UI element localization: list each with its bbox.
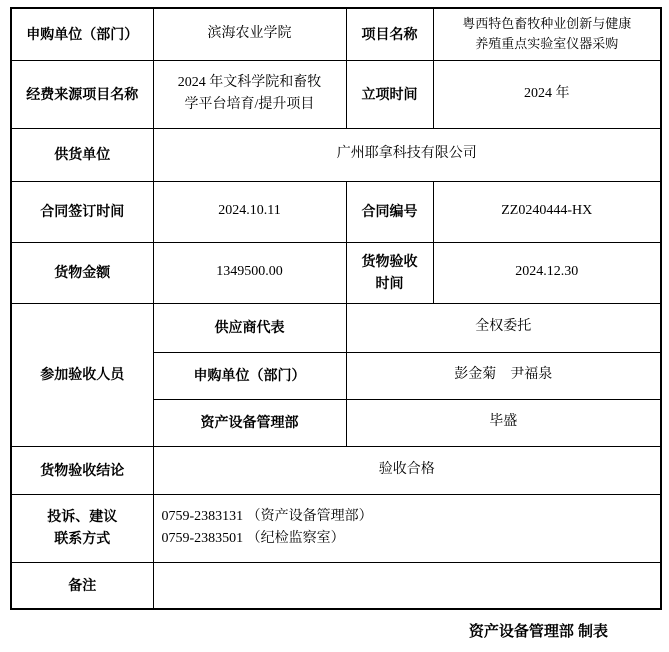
participants-purchase-unit-label: 申购单位（部门） — [153, 352, 346, 399]
contract-number-value: ZZ0240444-HX — [433, 181, 661, 242]
asset-dept-label: 资产设备管理部 — [153, 399, 346, 446]
row-purchase-unit: 申购单位（部门） 滨海农业学院 项目名称 粤西特色畜牧种业创新与健康 养殖重点实… — [11, 8, 661, 60]
complaint-contact-label: 投诉、建议 联系方式 — [11, 494, 153, 562]
row-funding-source: 经费来源项目名称 2024 年文科学院和畜牧 学平台培育/提升项目 立项时间 2… — [11, 60, 661, 128]
participants-purchase-unit-value: 彭金菊 尹福泉 — [346, 352, 661, 399]
row-contract: 合同签订时间 2024.10.11 合同编号 ZZ0240444-HX — [11, 181, 661, 242]
goods-acceptance-table: 申购单位（部门） 滨海农业学院 项目名称 粤西特色畜牧种业创新与健康 养殖重点实… — [10, 7, 662, 610]
remarks-value — [153, 562, 661, 609]
row-amount: 货物金额 1349500.00 货物验收 时间 2024.12.30 — [11, 242, 661, 303]
contract-sign-date-value: 2024.10.11 — [153, 181, 346, 242]
purchase-unit-value: 滨海农业学院 — [153, 8, 346, 60]
contract-sign-date-label: 合同签订时间 — [11, 181, 153, 242]
acceptance-date-value: 2024.12.30 — [433, 242, 661, 303]
project-date-value: 2024 年 — [433, 60, 661, 128]
row-supplier: 供货单位 广州耶拿科技有限公司 — [11, 128, 661, 181]
acceptance-conclusion-label: 货物验收结论 — [11, 446, 153, 494]
supplier-rep-label: 供应商代表 — [153, 303, 346, 352]
footer-credit: 资产设备管理部 制表 — [469, 620, 608, 641]
contract-number-label: 合同编号 — [346, 181, 433, 242]
row-remarks: 备注 — [11, 562, 661, 609]
project-name-label: 项目名称 — [346, 8, 433, 60]
remarks-label: 备注 — [11, 562, 153, 609]
funding-source-label: 经费来源项目名称 — [11, 60, 153, 128]
goods-amount-label: 货物金额 — [11, 242, 153, 303]
supplier-label: 供货单位 — [11, 128, 153, 181]
row-participants-supplier-rep: 参加验收人员 供应商代表 全权委托 — [11, 303, 661, 352]
complaint-contact-value: 0759-2383131 （资产设备管理部） 0759-2383501 （纪检监… — [153, 494, 661, 562]
funding-source-value: 2024 年文科学院和畜牧 学平台培育/提升项目 — [153, 60, 346, 128]
goods-amount-value: 1349500.00 — [153, 242, 346, 303]
project-date-label: 立项时间 — [346, 60, 433, 128]
supplier-rep-value: 全权委托 — [346, 303, 661, 352]
asset-dept-value: 毕盛 — [346, 399, 661, 446]
participants-label: 参加验收人员 — [11, 303, 153, 446]
acceptance-date-label: 货物验收 时间 — [346, 242, 433, 303]
acceptance-conclusion-value: 验收合格 — [153, 446, 661, 494]
row-complaint-contact: 投诉、建议 联系方式 0759-2383131 （资产设备管理部） 0759-2… — [11, 494, 661, 562]
purchase-unit-label: 申购单位（部门） — [11, 8, 153, 60]
row-conclusion: 货物验收结论 验收合格 — [11, 446, 661, 494]
project-name-value: 粤西特色畜牧种业创新与健康 养殖重点实验室仪器采购 — [433, 8, 661, 60]
supplier-value: 广州耶拿科技有限公司 — [153, 128, 661, 181]
